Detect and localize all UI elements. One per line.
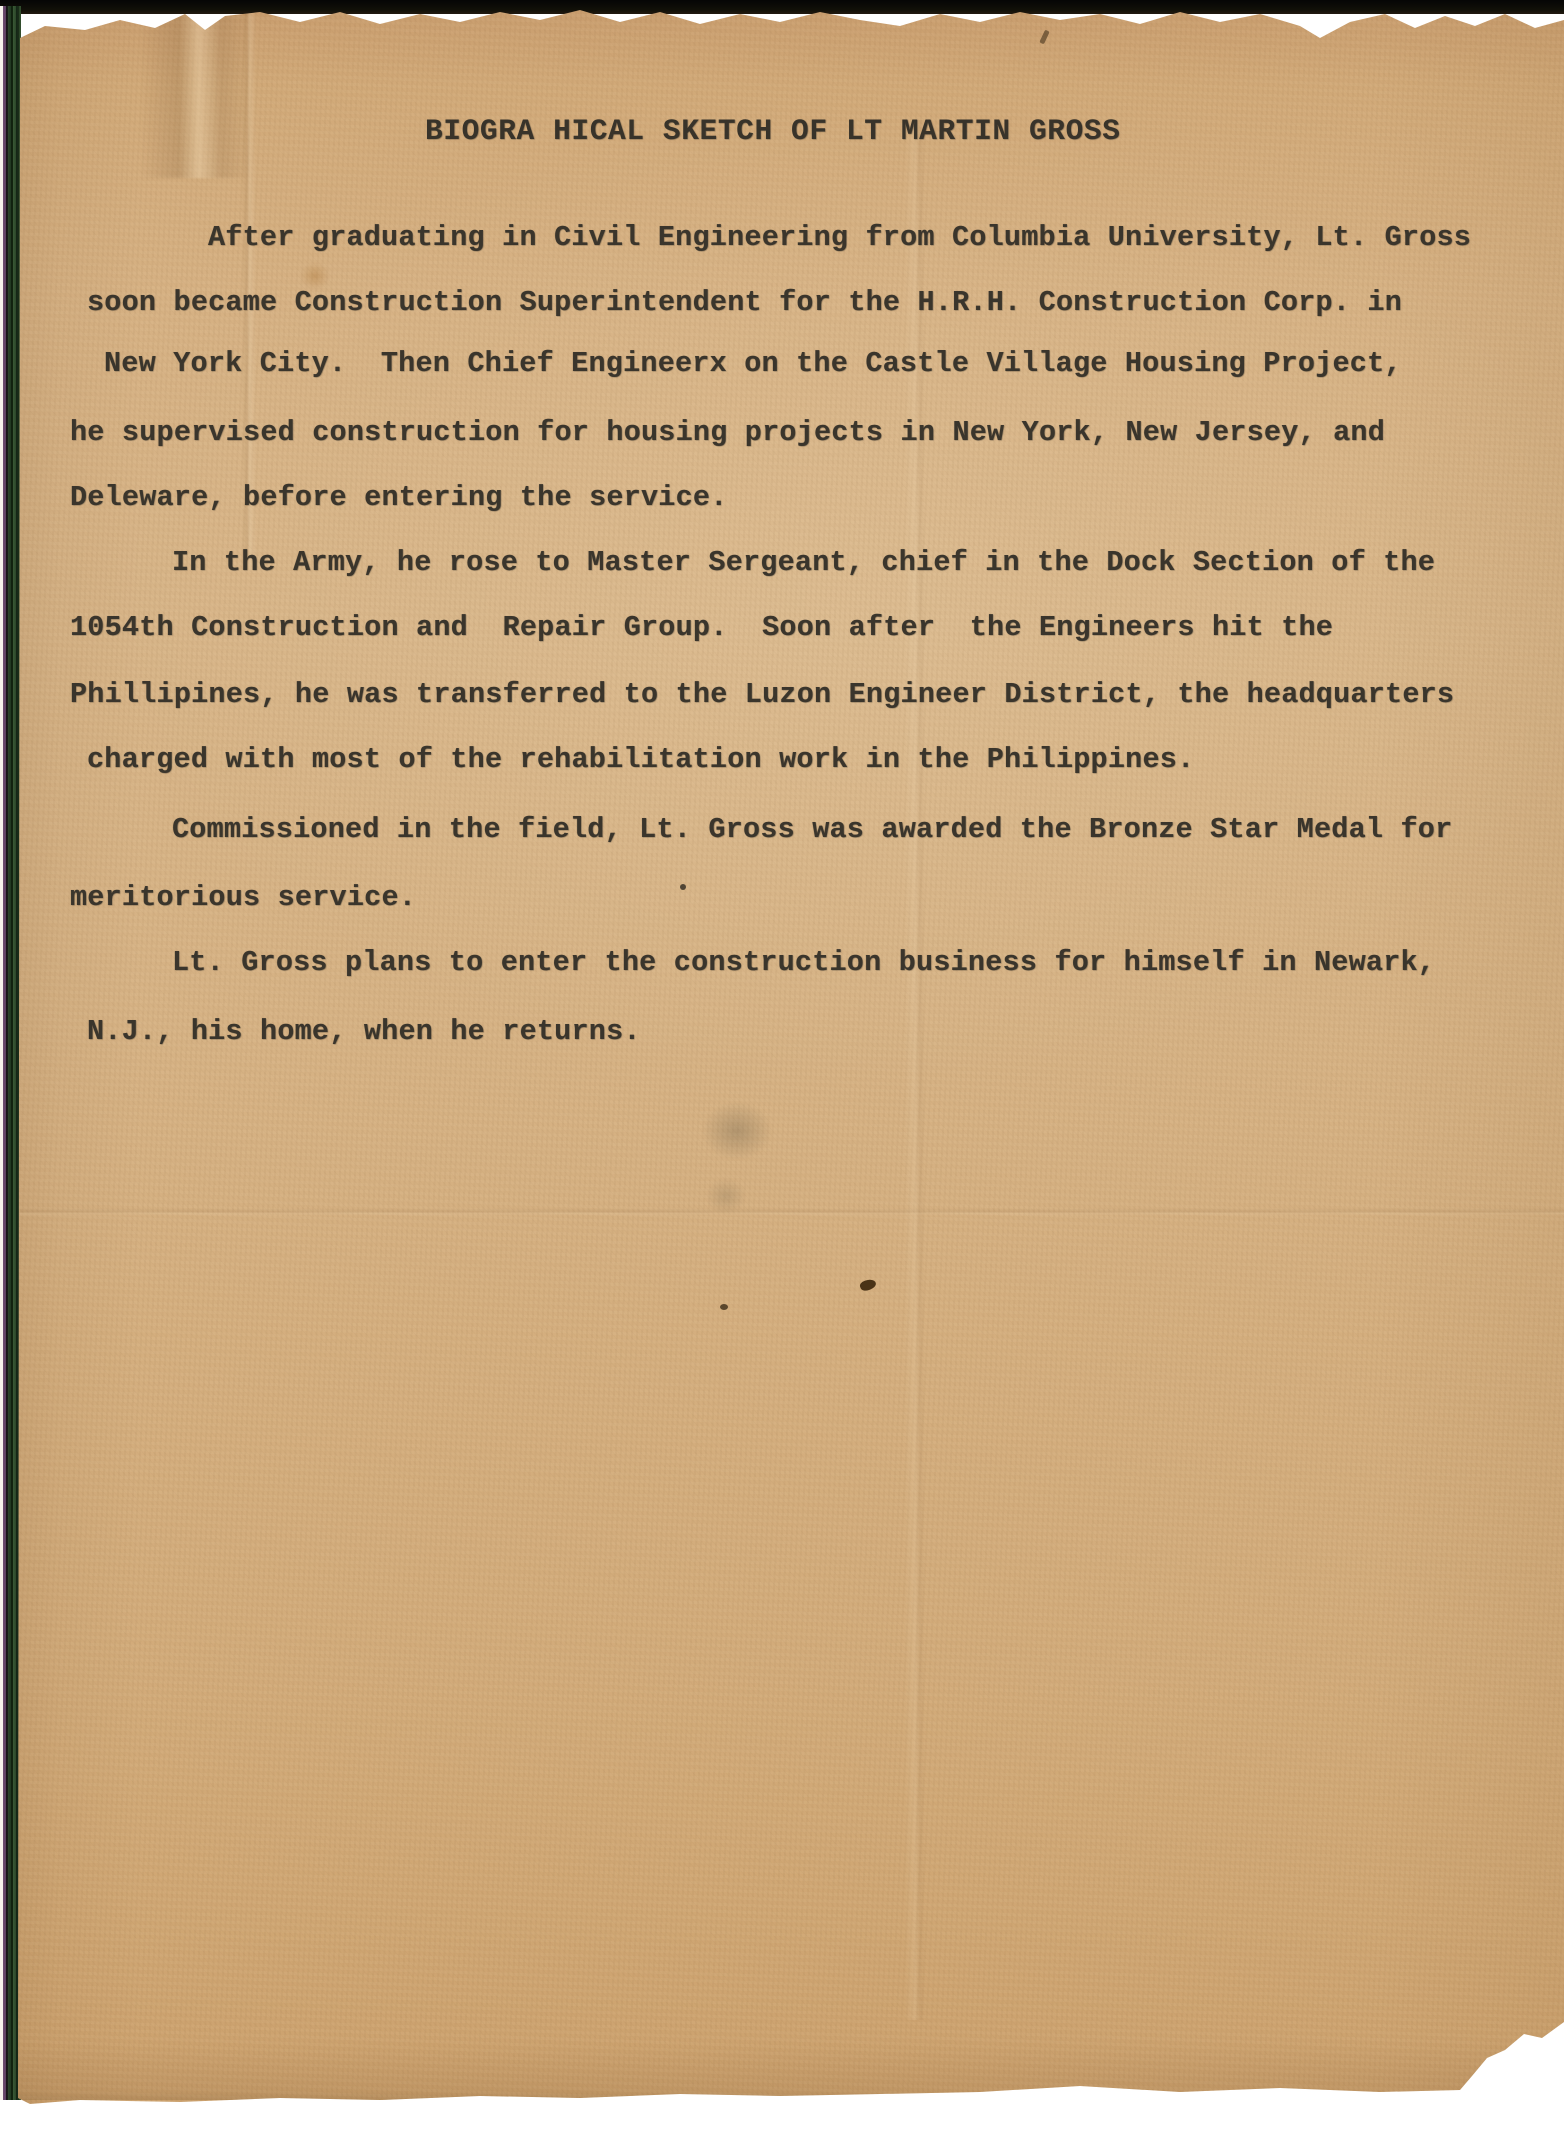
document-line: Commissioned in the field, Lt. Gross was… [172, 814, 1452, 845]
document-title: BIOGRA HICAL SKETCH OF LT MARTIN GROSS [425, 114, 1121, 148]
document-line: he supervised construction for housing p… [70, 417, 1385, 448]
document-line: Lt. Gross plans to enter the constructio… [172, 947, 1435, 978]
document-line: soon became Construction Superintendent … [87, 287, 1402, 318]
document-line: New York City. Then Chief Engineerx on t… [104, 348, 1402, 379]
document-line: Deleware, before entering the service. [70, 482, 728, 513]
document-line: N.J., his home, when he returns. [87, 1016, 641, 1047]
scanned-document-page: BIOGRA HICAL SKETCH OF LT MARTIN GROSS A… [0, 0, 1564, 2133]
document-line: Phillipines, he was transferred to the L… [70, 679, 1454, 710]
typewritten-text-layer: BIOGRA HICAL SKETCH OF LT MARTIN GROSS A… [0, 0, 1564, 2133]
document-line: After graduating in Civil Engineering fr… [208, 222, 1471, 253]
document-line: meritorious service. [70, 882, 416, 913]
document-line: charged with most of the rehabilitation … [87, 744, 1194, 775]
document-line: In the Army, he rose to Master Sergeant,… [172, 547, 1435, 578]
document-line: 1054th Construction and Repair Group. So… [70, 612, 1333, 643]
